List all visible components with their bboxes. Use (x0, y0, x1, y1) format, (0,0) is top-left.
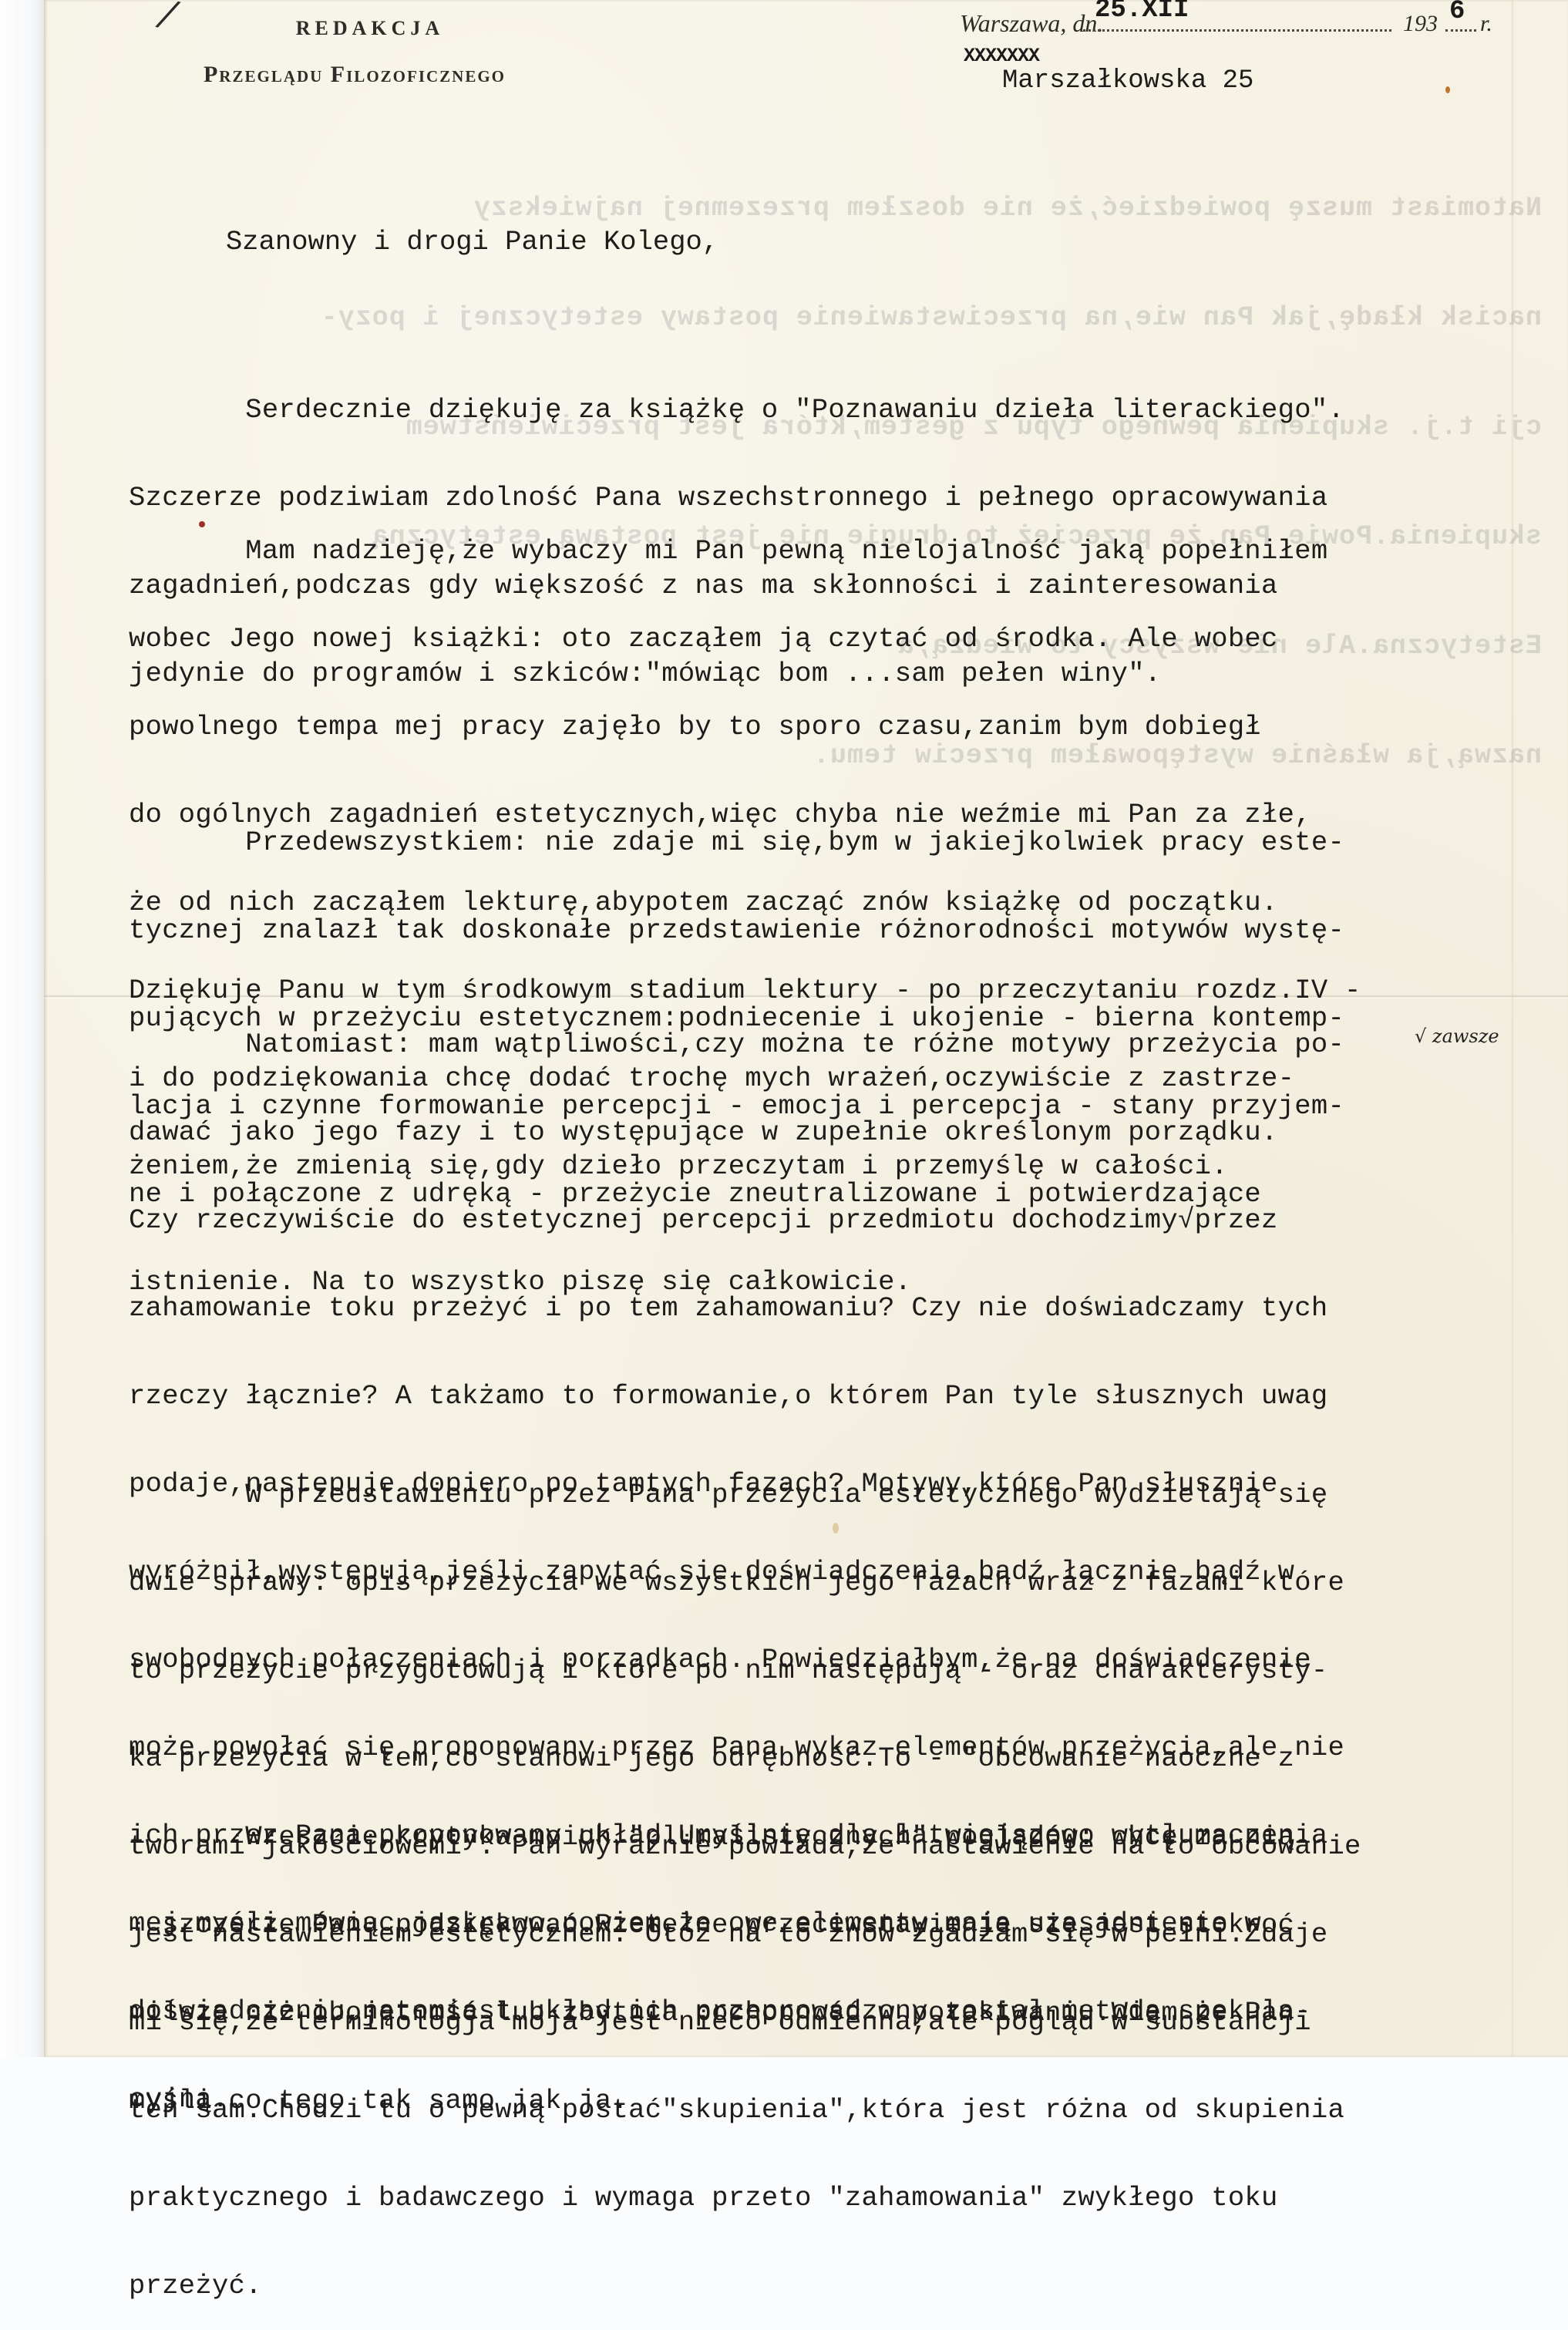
handwritten-margin-note: √ zawsze (1415, 1025, 1499, 1047)
text-line: rzeczy łącznie? A takżamo to formowanie,… (129, 1382, 1344, 1411)
text-line: tycznej znalazł tak doskonałe przedstawi… (129, 916, 1344, 945)
text-line: milsze niż obojętność lub zbytnia pochop… (129, 1998, 1294, 2028)
text-line: Mam nadzieję,że wybaczy mi Pan pewną nie… (129, 537, 1361, 566)
address-street: Marszałkowska 25 (1002, 66, 1253, 96)
bleed-line: nacisk kładę,jak Pan wie,na przeciwstawi… (231, 298, 1542, 327)
letterhead-title: REDAKCJA (146, 17, 594, 40)
typed-year-digit: 6 (1449, 0, 1465, 26)
typed-date: 25.XII (1095, 0, 1189, 25)
text-line: szczerze Panu podziękować.Rzetelne przec… (129, 1911, 1294, 1940)
dateline-dotted-rule (1083, 29, 1391, 32)
text-line: Wreszcie,krytyka moich "pluralistycznych… (129, 1823, 1294, 1852)
text-line: zahamowanie toku przeżyć i po tem zahamo… (129, 1294, 1344, 1323)
letterhead-subtitle: Przeglądu Filozoficznego (116, 62, 594, 88)
text-line: powolnego tempa mej pracy zajęło by to s… (129, 712, 1361, 742)
text-line: Natomiast: mam wątpliwości,czy można te … (129, 1030, 1344, 1059)
dateline-city: Warszawa, dn. (960, 9, 1103, 38)
text-line: dwie sprawy: opis przeżycia we wszystkic… (129, 1568, 1361, 1598)
text-line: to przeżycie przygotowują i które po nim… (129, 1656, 1361, 1685)
text-line: wobec Jego nowej książki: oto zacząłem j… (129, 625, 1361, 654)
text-line: Przedewszystkiem: nie zdaje mi się,bym w… (129, 828, 1344, 857)
scan-background (0, 0, 44, 2057)
ink-spot (1445, 86, 1450, 93)
dateline: Warszawa, dn. 193 r. (960, 0, 1515, 46)
dateline-year-suffix: r. (1480, 11, 1492, 37)
text-line: dawać jako jego fazy i to występujące w … (129, 1118, 1344, 1147)
struck-out-text: XXXXXXX (964, 45, 1039, 67)
dateline-year-prefix: 193 (1403, 11, 1438, 37)
salutation: Szanowny i drogi Panie Kolego, (226, 226, 718, 258)
bleed-line: Natomiast muszę powiedzieć,że nie doszłe… (231, 188, 1542, 217)
paragraph: Wreszcie,krytyka moich "pluralistycznych… (129, 1764, 1294, 2057)
text-line: W przedstawieniu przez Pana przeżycia es… (129, 1480, 1361, 1510)
dateline-dotted-rule-year (1445, 29, 1476, 32)
text-line: Czy rzeczywiście do estetycznej percepcj… (129, 1206, 1344, 1235)
letterhead: REDAKCJA Przeglądu Filozoficznego (116, 17, 594, 88)
text-line: Serdecznie dziękuję za książkę o "Poznaw… (129, 396, 1344, 425)
